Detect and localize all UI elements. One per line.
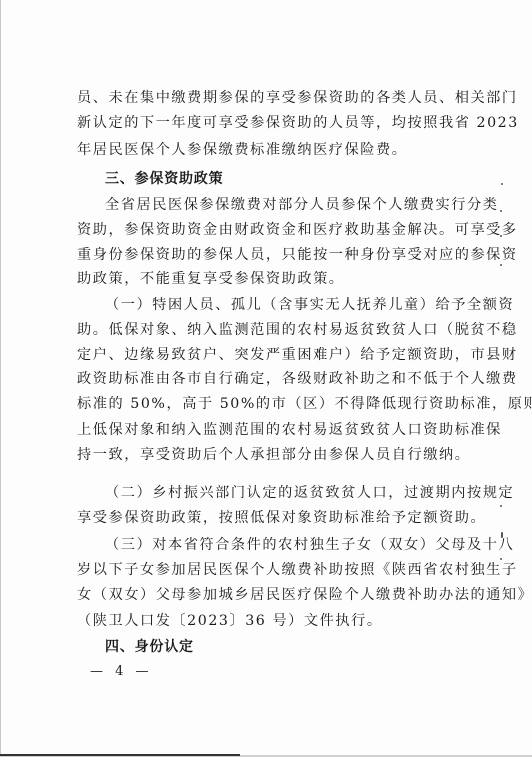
body-line: 助。低保对象、纳入监测范围的农村易返贫致贫人口（脱贫不稳 xyxy=(77,321,457,339)
body-line: 持一致，享受资助后个人承担部分由参保人员自行缴纳。 xyxy=(77,446,457,464)
page-number: — 4 — xyxy=(90,664,153,679)
scan-speck xyxy=(500,210,502,212)
paragraph-start: （三）对本省符合条件的农村独生子女（双女）父母及十八 xyxy=(105,536,457,554)
body-line: 助政策，不能重复享受参保资助政策。 xyxy=(77,270,457,288)
section-heading-4: 四、身份认定 xyxy=(105,638,485,656)
scan-speck xyxy=(500,558,502,560)
scan-speck xyxy=(500,235,502,237)
scan-speck xyxy=(500,264,502,266)
body-line: 上低保对象和纳入监测范围的农村易返贫致贫人口资助标准保 xyxy=(77,421,457,439)
body-line: 政资助标准由各市自行确定，各级财政补助之和不低于个人缴费 xyxy=(77,370,457,388)
paragraph-start: （一）特困人员、孤儿（含事实无人抚养儿童）给予全额资 xyxy=(105,296,457,314)
body-line: 享受参保资助政策，按照低保对象资助标准给予定额资助。 xyxy=(77,509,457,527)
document-page: 员、未在集中缴费期参保的享受参保资助的各类人员、相关部门 新认定的下一年度可享受… xyxy=(0,0,532,757)
body-line: 定户、边缘易致贫户、突发严重困难户）给予定额资助，市县财 xyxy=(77,346,457,364)
body-line: 新认定的下一年度可享受参保资助的人员等，均按照我省 2023 xyxy=(77,114,457,132)
scan-speck xyxy=(500,505,502,507)
scan-speck xyxy=(501,532,503,538)
body-line: 员、未在集中缴费期参保的享受参保资助的各类人员、相关部门 xyxy=(77,89,457,107)
body-line: 标准的 50%，高于 50%的市（区）不得降低现行资助标准，原则 xyxy=(77,395,457,413)
body-line: 女（双女）父母参加城乡居民医疗保险个人缴费补助办法的通知》 xyxy=(77,586,457,604)
body-line: 年居民医保个人参保缴费标准缴纳医疗保险费。 xyxy=(77,141,457,159)
body-line: 重身份参保资助的参保人员，只能按一种身份享受对应的参保资 xyxy=(77,246,457,264)
section-heading-3: 三、参保资助政策 xyxy=(105,170,485,188)
paragraph-start: （二）乡村振兴部门认定的返贫致贫人口，过渡期内按规定 xyxy=(105,484,457,502)
body-line: 岁以下子女参加居民医保个人缴费补助按照《陕西省农村独生子 xyxy=(77,561,457,579)
paragraph-start: 全省居民医保参保缴费对部分人员参保个人缴费实行分类 xyxy=(105,196,457,214)
body-line: 资助，参保资助资金由财政资金和医疗救助基金解决。可享受多 xyxy=(77,221,457,239)
body-line: （陕卫人口发〔2023〕36 号）文件执行。 xyxy=(77,612,457,630)
scan-speck xyxy=(501,183,503,185)
